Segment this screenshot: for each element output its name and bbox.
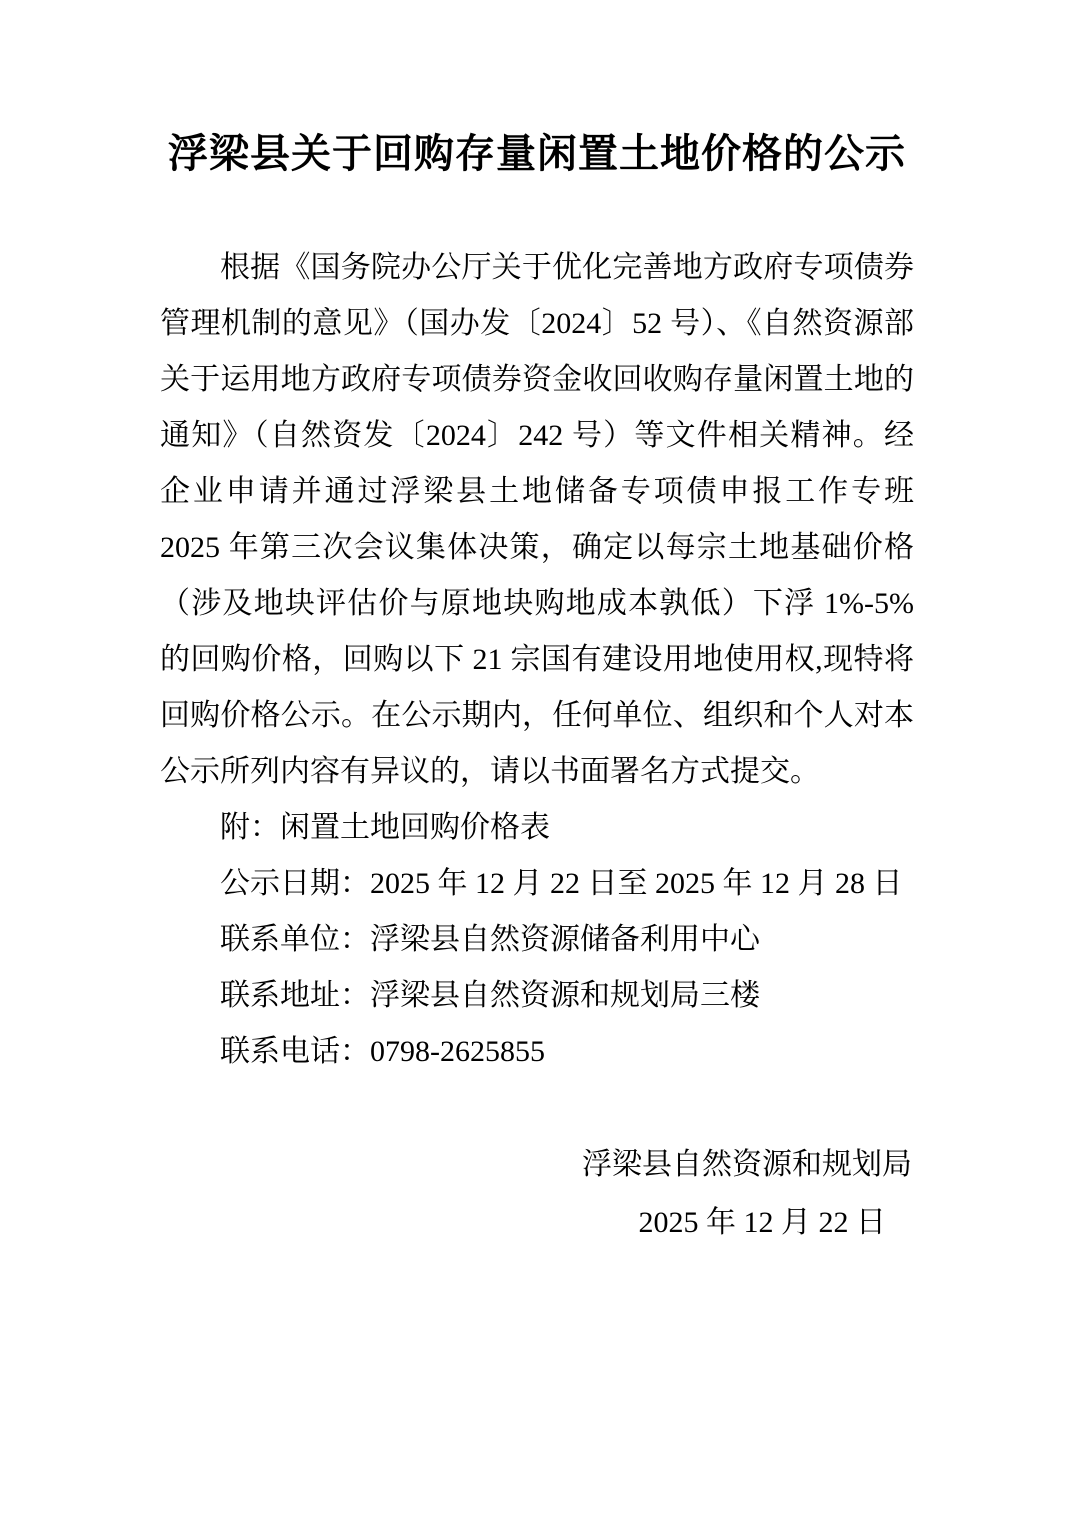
document-page: 浮梁县关于回购存量闲置土地价格的公示 根据《国务院办公厅关于优化完善地方政府专项… [0, 0, 1074, 1520]
signature-date: 2025 年 12 月 22 日 [160, 1194, 914, 1252]
publicity-period-line: 公示日期：2025 年 12 月 22 日至 2025 年 12 月 28 日 [160, 856, 914, 912]
body-paragraph: 根据《国务院办公厅关于优化完善地方政府专项债券管理机制的意见》（国办发〔2024… [160, 240, 914, 800]
attachment-line: 附：闲置土地回购价格表 [160, 800, 914, 856]
signature-block: 浮梁县自然资源和规划局 2025 年 12 月 22 日 [160, 1136, 914, 1252]
signature-org: 浮梁县自然资源和规划局 [160, 1136, 914, 1194]
page-title: 浮梁县关于回购存量闲置土地价格的公示 [160, 130, 914, 178]
contact-address-line: 联系地址：浮梁县自然资源和规划局三楼 [160, 968, 914, 1024]
contact-unit-line: 联系单位：浮梁县自然资源储备利用中心 [160, 912, 914, 968]
contact-phone-line: 联系电话：0798-2625855 [160, 1024, 914, 1080]
